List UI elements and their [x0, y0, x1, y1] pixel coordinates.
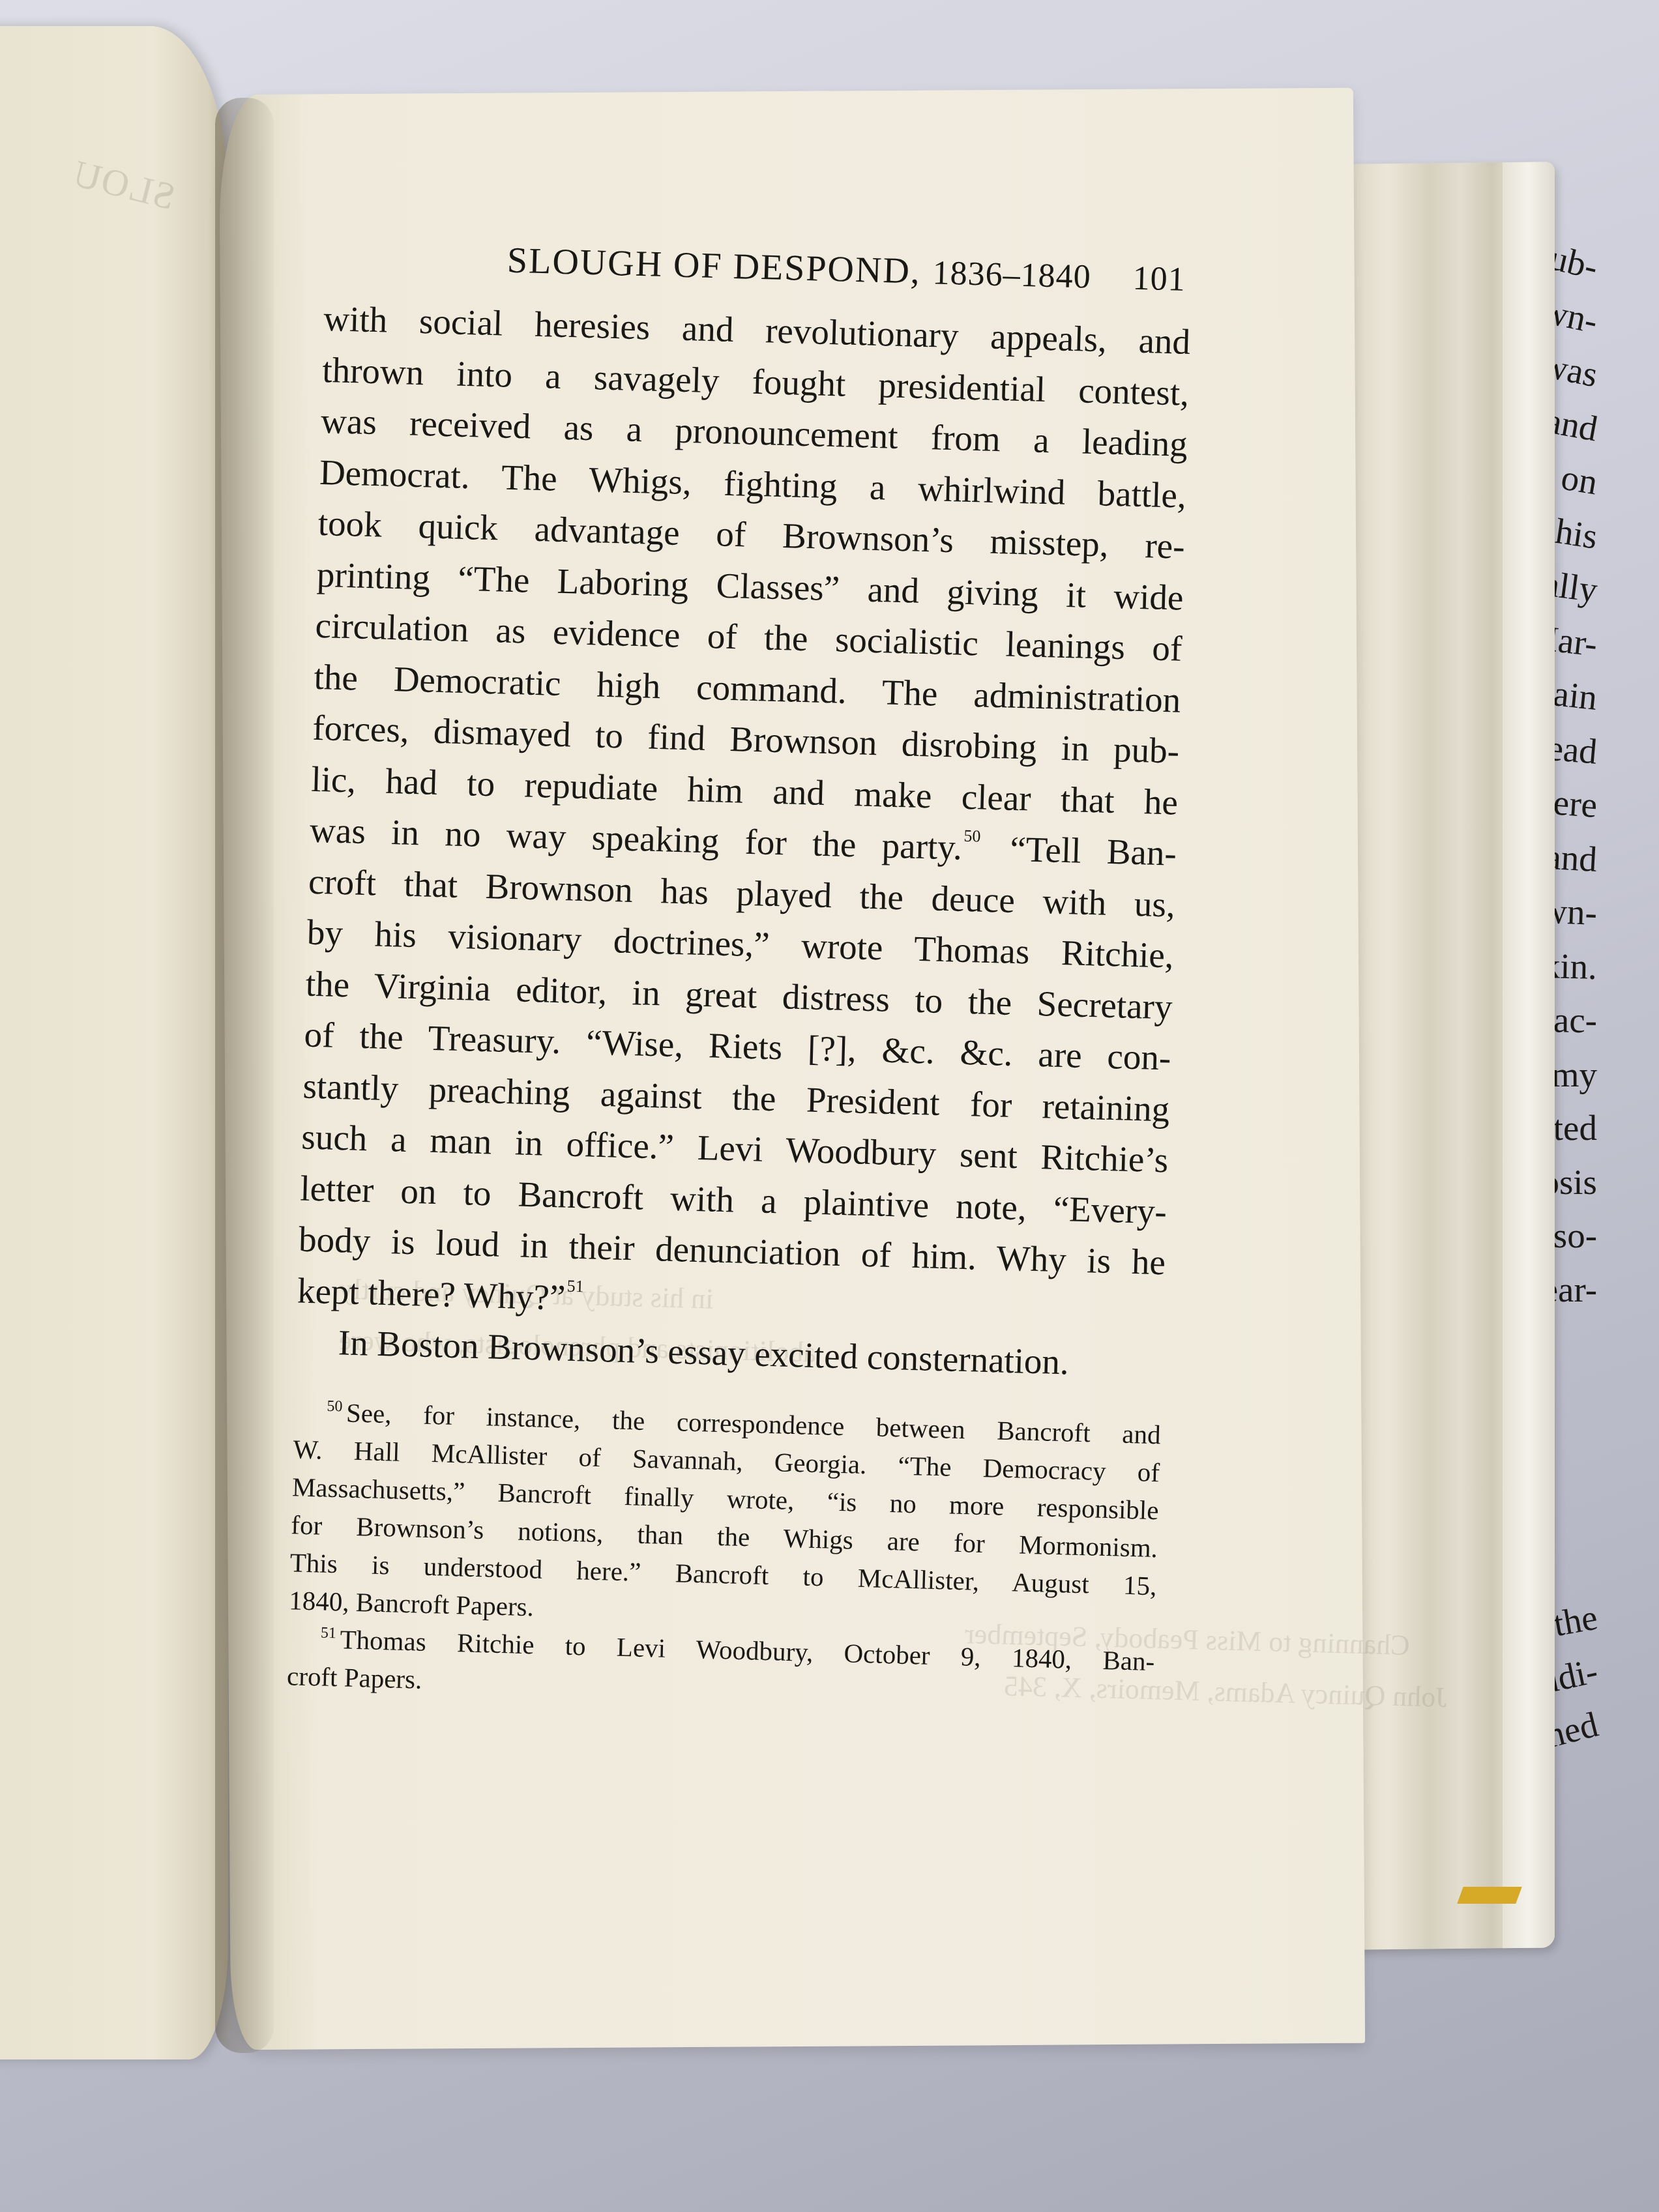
photo-scene: SLOU gskin pub-’s, Brown-nalysis wasnist…: [0, 0, 1659, 2212]
footnote-number: 51: [321, 1624, 337, 1642]
footnote-reference: 51: [566, 1276, 584, 1296]
book-cover-corner: [1457, 1887, 1521, 1904]
body-text: with social heresies and revolutionary a…: [295, 293, 1191, 1391]
right-page-text: SLOUGH OF DESPOND, 1836–1840 101 with so…: [286, 235, 1192, 1718]
gutter-shadow: [215, 98, 274, 2053]
footnote-reference: 50: [963, 826, 981, 846]
footnote-text: 1840, Bancroft Papers.: [289, 1585, 535, 1622]
body-line-text: kept there? Why?”: [297, 1270, 566, 1317]
page-number: 101: [1132, 259, 1186, 299]
running-head-years: 1836–1840: [932, 254, 1092, 297]
left-page: SLOU: [0, 26, 228, 2059]
footnotes: 50See, for instance, the correspondence …: [286, 1392, 1161, 1718]
footnote-text: croft Papers.: [287, 1661, 422, 1695]
footnote-number: 50: [327, 1397, 343, 1415]
body-line-text: “Tell Ban-: [984, 828, 1177, 873]
left-ghost-running-head: SLOU: [68, 151, 179, 219]
